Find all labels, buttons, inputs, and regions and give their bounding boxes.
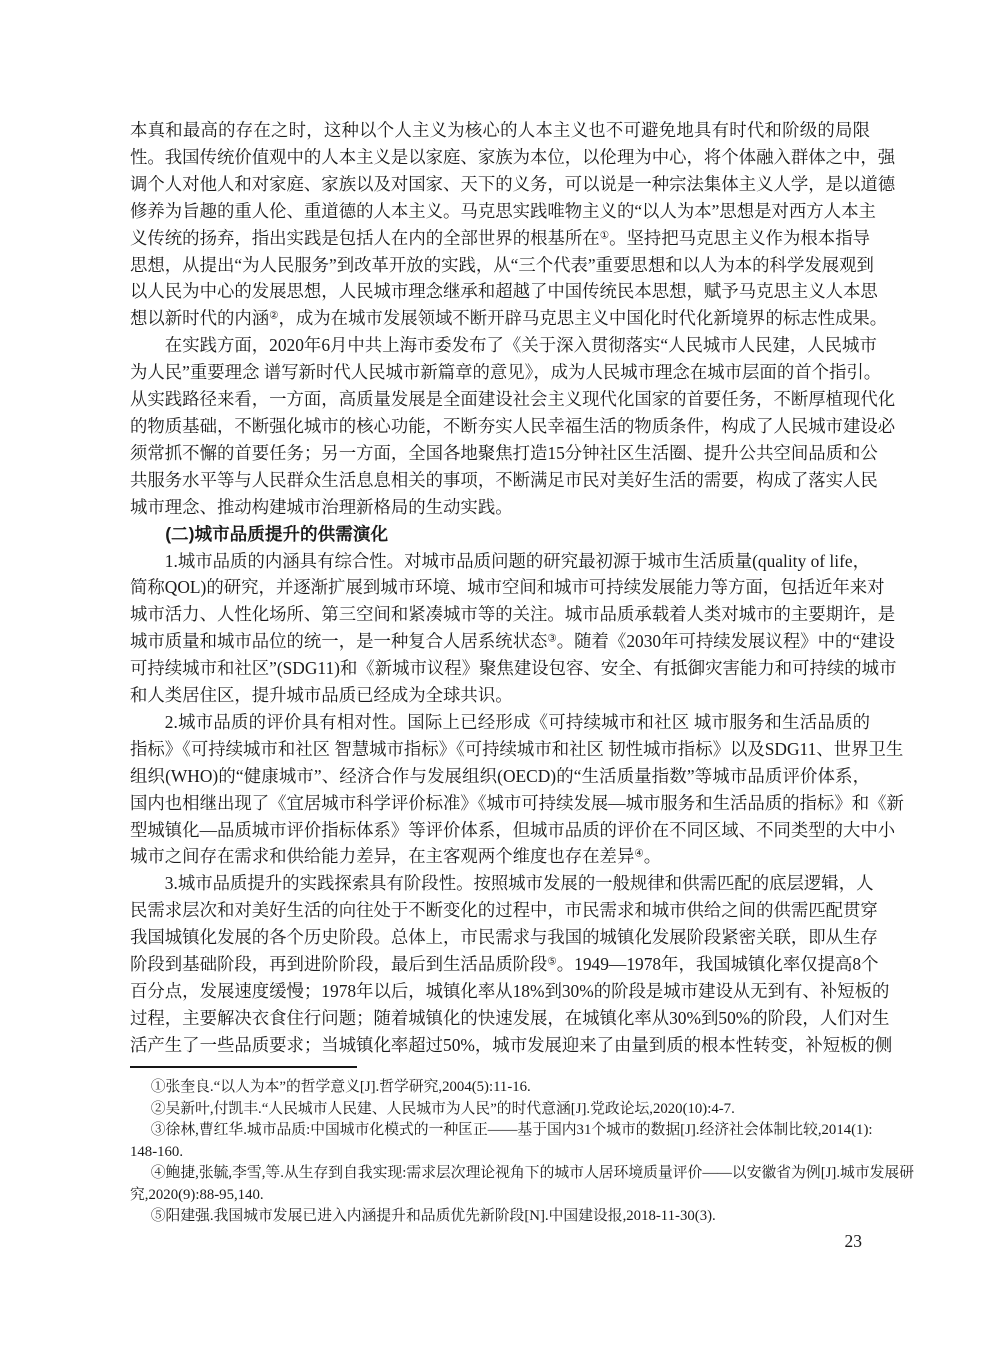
paragraph-4: 2.城市品质的评价具有相对性。国际上已经形成《可持续城市和社区 城市服务和生活品… — [130, 709, 870, 870]
text-line: 活产生了一些品质要求；当城镇化率超过50%，城市发展迎来了由量到质的根本性转变，… — [130, 1032, 870, 1059]
text-line: 以人民为中心的发展思想，人民城市理念继承和超越了中国传统民本思想，赋予马克思主义… — [130, 278, 870, 305]
paragraph-5: 3.城市品质提升的实践探索具有阶段性。按照城市发展的一般规律和供需匹配的底层逻辑… — [130, 870, 870, 1058]
text-line: 的物质基础，不断强化城市的核心功能，不断夯实人民幸福生活的物质条件，构成了人民城… — [130, 413, 870, 440]
paragraph-3: 1.城市品质的内涵具有综合性。对城市品质问题的研究最初源于城市生活质量(qual… — [130, 548, 870, 709]
text-line: 城市质量和城市品位的统一，是一种复合人居系统状态③。随着《2030年可持续发展议… — [130, 628, 870, 655]
text-line: 性。我国传统价值观中的人本主义是以家庭、家族为本位，以伦理为中心，将个体融入群体… — [130, 144, 870, 171]
text-line: 城市之间存在需求和供给能力差异，在主客观两个维度也存在差异④。 — [130, 843, 870, 870]
footnotes: ①张奎良.“以人为本”的哲学意义[J].哲学研究,2004(5):11-16. … — [130, 1077, 870, 1228]
text-line: 国内也相继出现了《宜居城市科学评价标准》《城市可持续发展—城市服务和生活品质的指… — [130, 790, 870, 817]
text-line: 简称QOL)的研究，并逐渐扩展到城市环境、城市空间和城市可持续发展能力等方面，包… — [130, 574, 870, 601]
text-line: 城市活力、人性化场所、第三空间和紧凑城市等的关注。城市品质承载着人类对城市的主要… — [130, 601, 870, 628]
text-line: 从实践路径来看，一方面，高质量发展是全面建设社会主义现代化国家的首要任务，不断厚… — [130, 386, 870, 413]
footnote-line: 究,2020(9):88-95,140. — [130, 1185, 870, 1207]
text-line: 共服务水平等与人民群众生活息息相关的事项，不断满足市民对美好生活的需要，构成了落… — [130, 467, 870, 494]
text-line: 可持续城市和社区”(SDG11)和《新城市议程》聚焦建设包容、安全、有抵御灾害能… — [130, 655, 870, 682]
text-line: 修养为旨趣的重人伦、重道德的人本主义。马克思实践唯物主义的“以人为本”思想是对西… — [130, 198, 870, 225]
text-line: 型城镇化—品质城市评价指标体系》等评价体系，但城市品质的评价在不同区域、不同类型… — [130, 817, 870, 844]
text-line: 想以新时代的内涵②，成为在城市发展领域不断开辟马克思主义中国化时代化新境界的标志… — [130, 305, 870, 332]
text-line: 阶段到基础阶段，再到进阶阶段，最后到生活品质阶段⑤。1949—1978年，我国城… — [130, 951, 870, 978]
text-line: 我国城镇化发展的各个历史阶段。总体上，市民需求与我国的城镇化发展阶段紧密关联，即… — [130, 924, 870, 951]
text-line: 3.城市品质提升的实践探索具有阶段性。按照城市发展的一般规律和供需匹配的底层逻辑… — [130, 870, 870, 897]
footnote-line: 148-160. — [130, 1142, 870, 1164]
paragraph-2: 在实践方面，2020年6月中共上海市委发布了《关于深入贯彻落实“人民城市人民建，… — [130, 332, 870, 520]
text-line: 组织(WHO)的“健康城市”、经济合作与发展组织(OECD)的“生活质量指数”等… — [130, 763, 870, 790]
document-page: 本真和最高的存在之时，这种以个人主义为核心的人本主义也不可避免地具有时代和阶级的… — [0, 0, 1000, 1347]
text-line: 民需求层次和对美好生活的向往处于不断变化的过程中，市民需求和城市供给之间的供需匹… — [130, 897, 870, 924]
page-number: 23 — [845, 1231, 863, 1252]
footnote-line: ⑤阳建强.我国城市发展已进入内涵提升和品质优先新阶段[N].中国建设报,2018… — [130, 1206, 870, 1228]
footnote-line: ②吴新叶,付凯丰.“人民城市人民建、人民城市为人民”的时代意涵[J].党政论坛,… — [130, 1099, 870, 1121]
text-line: 过程，主要解决衣食住行问题；随着城镇化的快速发展，在城镇化率从30%到50%的阶… — [130, 1005, 870, 1032]
section-heading: (二)城市品质提升的供需演化 — [130, 521, 870, 548]
text-line: 在实践方面，2020年6月中共上海市委发布了《关于深入贯彻落实“人民城市人民建，… — [130, 332, 870, 359]
footnote-line: ④鲍捷,张毓,李雪,等.从生存到自我实现:需求层次理论视角下的城市人居环境质量评… — [130, 1163, 870, 1185]
text-line: 调个人对他人和对家庭、家族以及对国家、天下的义务，可以说是一种宗法集体主义人学，… — [130, 171, 870, 198]
text-line: 义传统的扬弃，指出实践是包括人在内的全部世界的根基所在①。坚持把马克思主义作为根… — [130, 225, 870, 252]
text-line: 2.城市品质的评价具有相对性。国际上已经形成《可持续城市和社区 城市服务和生活品… — [130, 709, 870, 736]
text-line: 思想，从提出“为人民服务”到改革开放的实践，从“三个代表”重要思想和以人为本的科… — [130, 252, 870, 279]
text-line: 百分点，发展速度缓慢；1978年以后，城镇化率从18%到30%的阶段是城市建设从… — [130, 978, 870, 1005]
paragraph-1: 本真和最高的存在之时，这种以个人主义为核心的人本主义也不可避免地具有时代和阶级的… — [130, 117, 870, 332]
footnote-divider — [130, 1066, 357, 1068]
text-line: 1.城市品质的内涵具有综合性。对城市品质问题的研究最初源于城市生活质量(qual… — [130, 548, 870, 575]
text-line: 城市理念、推动构建城市治理新格局的生动实践。 — [130, 494, 870, 521]
text-line: 须常抓不懈的首要任务；另一方面，全国各地聚焦打造15分钟社区生活圈、提升公共空间… — [130, 440, 870, 467]
text-line: 本真和最高的存在之时，这种以个人主义为核心的人本主义也不可避免地具有时代和阶级的… — [130, 117, 870, 144]
footnote-line: ③徐林,曹红华.城市品质:中国城市化模式的一种匡正——基于国内31个城市的数据[… — [130, 1120, 870, 1142]
text-line: 和人类居住区，提升城市品质已经成为全球共识。 — [130, 682, 870, 709]
text-line: 指标》《可持续城市和社区 智慧城市指标》《可持续城市和社区 韧性城市指标》以及S… — [130, 736, 870, 763]
text-line: 为人民”重要理念 谱写新时代人民城市新篇章的意见》，成为人民城市理念在城市层面的… — [130, 359, 870, 386]
article-body: 本真和最高的存在之时，这种以个人主义为核心的人本主义也不可避免地具有时代和阶级的… — [130, 117, 870, 1059]
footnote-line: ①张奎良.“以人为本”的哲学意义[J].哲学研究,2004(5):11-16. — [130, 1077, 870, 1099]
